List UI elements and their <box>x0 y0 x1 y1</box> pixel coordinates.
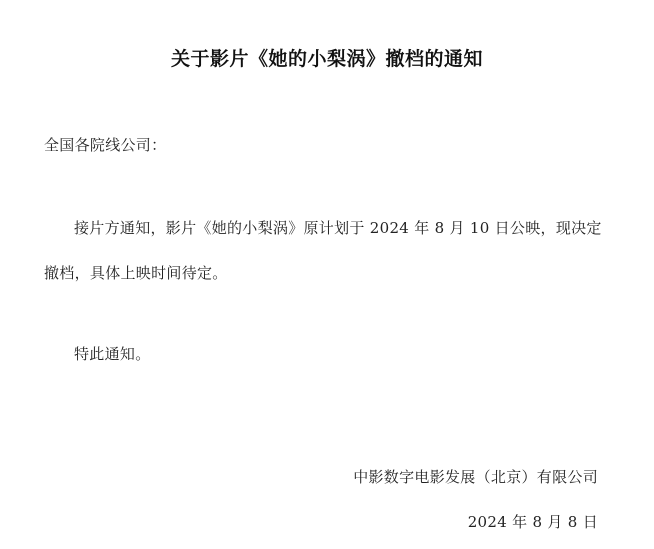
issue-date: 2024 年 8 月 8 日 <box>468 511 598 532</box>
document-title: 关于影片《她的小梨涡》撤档的通知 <box>0 44 654 71</box>
salutation: 全国各院线公司： <box>44 134 166 155</box>
issuer-signature: 中影数字电影发展（北京）有限公司 <box>353 466 598 487</box>
body-paragraph-line-1: 接片方通知，影片《她的小梨涡》原计划于 2024 年 8 月 10 日公映，现决… <box>74 217 602 238</box>
body-paragraph-line-2: 撤档，具体上映时间待定。 <box>44 262 228 283</box>
closing-remark: 特此通知。 <box>74 343 151 364</box>
